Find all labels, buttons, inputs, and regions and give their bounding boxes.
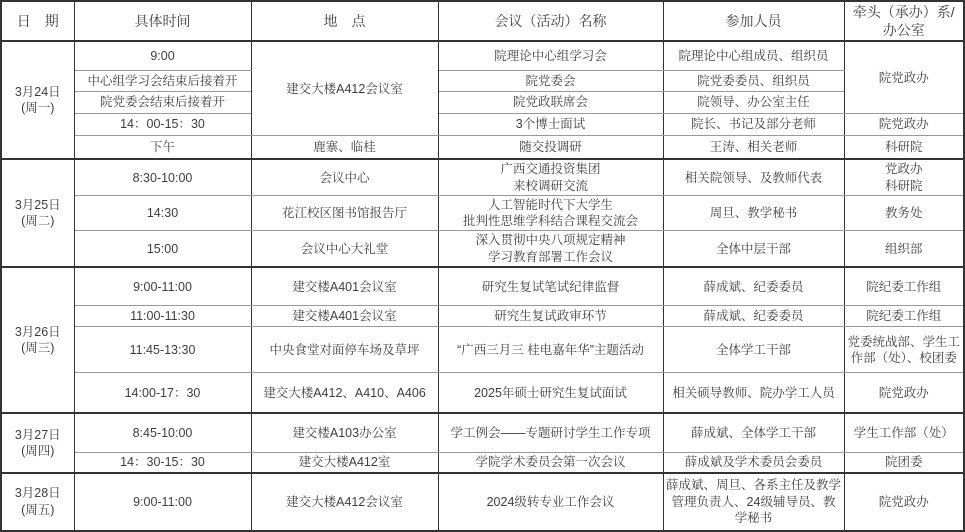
table-row: 3月26日 (周三) 9:00-11:00 建交楼A401会议室 研究生复试笔试… <box>1 267 964 306</box>
cell-meeting-name: 深入贯彻中央八项规定精神 学习教育部署工作会议 <box>438 231 663 267</box>
cell-time: 院党委会结束后接着开 <box>74 91 251 113</box>
cell-time: 9:00 <box>74 41 251 70</box>
cell-place: 鹿寨、临桂 <box>251 135 438 159</box>
cell-participants: 薛成斌、全体学工干部 <box>663 413 844 453</box>
cell-department: 科研院 <box>844 135 964 159</box>
header-place: 地 点 <box>251 1 438 41</box>
table-row: 14：30-15：30 建交大楼A412室 学院学术委员会第一次会议 薛成斌及学… <box>1 453 964 473</box>
cell-time: 14:30 <box>74 195 251 231</box>
cell-time: 14：30-15：30 <box>74 453 251 473</box>
cell-participants: 薛成斌、纪委委员 <box>663 306 844 327</box>
cell-meeting-name: 人工智能时代下大学生 批判性思维学科结合课程交流会 <box>438 195 663 231</box>
cell-department: 院纪委工作组 <box>844 306 964 327</box>
cell-place: 建交大楼A412会议室 <box>251 41 438 135</box>
cell-time: 11:00-11:30 <box>74 306 251 327</box>
cell-meeting-name: 广西交通投资集团 来校调研交流 <box>438 159 663 195</box>
cell-department: 党委统战部、学生工作部（处）、校团委 <box>844 327 964 373</box>
table-row: 下午 鹿寨、临桂 随交投调研 王涛、相关老师 科研院 <box>1 135 964 159</box>
schedule-table: 日 期 具体时间 地 点 会议（活动）名称 参加人员 牵头（承办）系/ 办公室 … <box>0 0 965 532</box>
header-meeting-name: 会议（活动）名称 <box>438 1 663 41</box>
cell-meeting-name: 学院学术委员会第一次会议 <box>438 453 663 473</box>
header-row: 日 期 具体时间 地 点 会议（活动）名称 参加人员 牵头（承办）系/ 办公室 <box>1 1 964 41</box>
cell-date: 3月26日 (周三) <box>1 267 74 413</box>
cell-time: 14:00-17：30 <box>74 373 251 413</box>
table-row: 院党委会结束后接着开 院党政联席会 院领导、办公室主任 <box>1 91 964 113</box>
cell-time: 8:45-10:00 <box>74 413 251 453</box>
cell-department: 院党政办 <box>844 113 964 135</box>
cell-meeting-name: 2025年硕士研究生复试面试 <box>438 373 663 413</box>
cell-department: 教务处 <box>844 195 964 231</box>
cell-meeting-name: 学工例会——专题研讨学生工作专项 <box>438 413 663 453</box>
cell-department: 院团委 <box>844 453 964 473</box>
cell-place: 中央食堂对面停车场及草坪 <box>251 327 438 373</box>
cell-meeting-name: 3个博士面试 <box>438 113 663 135</box>
cell-place: 会议中心 <box>251 159 438 195</box>
cell-place: 建交楼A401会议室 <box>251 267 438 306</box>
cell-participants: 薛成斌及学术委员会委员 <box>663 453 844 473</box>
cell-participants: 相关院领导、及教师代表 <box>663 159 844 195</box>
header-participants: 参加人员 <box>663 1 844 41</box>
cell-place: 建交大楼A412、A410、A406 <box>251 373 438 413</box>
cell-meeting-name: 院党委会 <box>438 70 663 91</box>
cell-participants: 王涛、相关老师 <box>663 135 844 159</box>
cell-place: 花江校区图书馆报告厅 <box>251 195 438 231</box>
table-row: 14:00-17：30 建交大楼A412、A410、A406 2025年硕士研究… <box>1 373 964 413</box>
cell-place: 建交楼A103办公室 <box>251 413 438 453</box>
table-row: 11:45-13:30 中央食堂对面停车场及草坪 “广西三月三 桂电嘉年华”主题… <box>1 327 964 373</box>
cell-meeting-name: “广西三月三 桂电嘉年华”主题活动 <box>438 327 663 373</box>
table-row: 3月27日 (周四) 8:45-10:00 建交楼A103办公室 学工例会——专… <box>1 413 964 453</box>
cell-time: 11:45-13:30 <box>74 327 251 373</box>
cell-department: 组织部 <box>844 231 964 267</box>
cell-time: 9:00-11:00 <box>74 267 251 306</box>
cell-time: 14：00-15：30 <box>74 113 251 135</box>
cell-date: 3月24日 (周一) <box>1 41 74 159</box>
cell-participants: 相关硕导教师、院办学工人员 <box>663 373 844 413</box>
table-row: 3月25日 (周二) 8:30-10:00 会议中心 广西交通投资集团 来校调研… <box>1 159 964 195</box>
cell-participants: 周旦、教学秘书 <box>663 195 844 231</box>
header-time: 具体时间 <box>74 1 251 41</box>
table-row: 11:00-11:30 建交楼A401会议室 研究生复试政审环节 薛成斌、纪委委… <box>1 306 964 327</box>
cell-place: 建交大楼A412室 <box>251 453 438 473</box>
cell-place: 会议中心大礼堂 <box>251 231 438 267</box>
table-row: 14:30 花江校区图书馆报告厅 人工智能时代下大学生 批判性思维学科结合课程交… <box>1 195 964 231</box>
cell-department: 学生工作部（处） <box>844 413 964 453</box>
cell-department: 党政办 科研院 <box>844 159 964 195</box>
cell-participants: 院长、书记及部分老师 <box>663 113 844 135</box>
table-row: 中心组学习会结束后接着开 院党委会 院党委委员、组织员 <box>1 70 964 91</box>
cell-participants: 院领导、办公室主任 <box>663 91 844 113</box>
cell-department: 院党政办 <box>844 373 964 413</box>
cell-date: 3月25日 (周二) <box>1 159 74 267</box>
cell-participants: 全体中层干部 <box>663 231 844 267</box>
cell-time: 下午 <box>74 135 251 159</box>
cell-meeting-name: 院党政联席会 <box>438 91 663 113</box>
cell-participants: 院党委委员、组织员 <box>663 70 844 91</box>
header-department: 牵头（承办）系/ 办公室 <box>844 1 964 41</box>
cell-meeting-name: 研究生复试政审环节 <box>438 306 663 327</box>
table-row: 14：00-15：30 3个博士面试 院长、书记及部分老师 院党政办 <box>1 113 964 135</box>
cell-time: 中心组学习会结束后接着开 <box>74 70 251 91</box>
cell-time: 8:30-10:00 <box>74 159 251 195</box>
cell-meeting-name: 院理论中心组学习会 <box>438 41 663 70</box>
cell-date: 3月27日 (周四) <box>1 413 74 473</box>
cell-place: 建交楼A401会议室 <box>251 306 438 327</box>
cell-participants: 薛成斌、纪委委员 <box>663 267 844 306</box>
table-row: 15:00 会议中心大礼堂 深入贯彻中央八项规定精神 学习教育部署工作会议 全体… <box>1 231 964 267</box>
cell-department: 院纪委工作组 <box>844 267 964 306</box>
table-row: 3月24日 (周一) 9:00 建交大楼A412会议室 院理论中心组学习会 院理… <box>1 41 964 70</box>
cell-department: 院党政办 <box>844 41 964 113</box>
cell-participants: 院理论中心组成员、组织员 <box>663 41 844 70</box>
cell-meeting-name: 随交投调研 <box>438 135 663 159</box>
cell-time: 15:00 <box>74 231 251 267</box>
cell-participants: 全体学工干部 <box>663 327 844 373</box>
header-date: 日 期 <box>1 1 74 41</box>
cell-meeting-name: 研究生复试笔试纪律监督 <box>438 267 663 306</box>
